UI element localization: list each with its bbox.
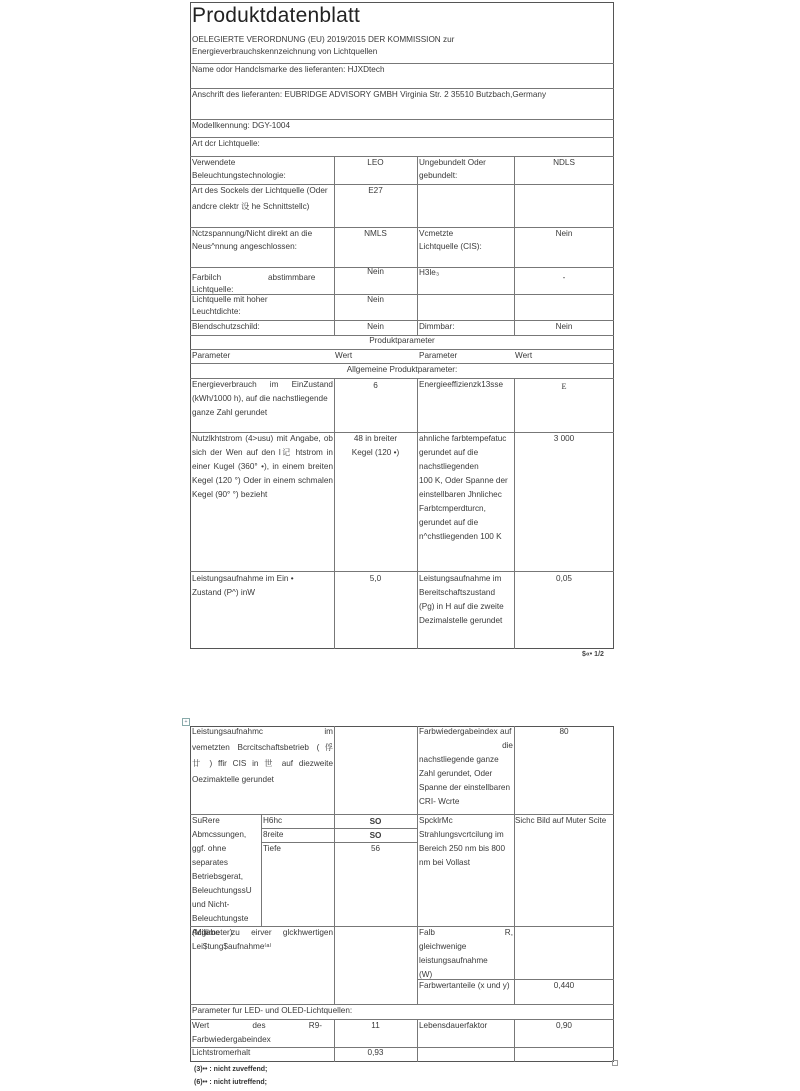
page-title: Produktdatenblatt xyxy=(192,4,360,28)
dimensions-label-line: und Nicht- xyxy=(192,898,229,913)
standby-power-value: 0,05 xyxy=(514,572,614,587)
luminous-flux-value: 48 in breiter xyxy=(334,432,417,447)
page-number: $«• 1/2 xyxy=(582,651,604,658)
networked-standby-label-line: Oezimaktelle gerundet xyxy=(192,773,274,788)
luminous-flux-label-line: Kegel (120 °) Oder in einem schmalen xyxy=(192,474,333,489)
cap-type-value: E27 xyxy=(334,184,417,199)
equivalent-claim-label: Falb R, xyxy=(419,926,513,941)
anti-glare-value: Nein xyxy=(334,320,417,335)
spectral-distribution-label-line: SpcklrMc xyxy=(419,814,453,829)
standby-power-label-line: Dezimalstelle gerundet xyxy=(419,614,502,629)
dimensions-label-line: separates xyxy=(192,856,228,871)
high-luminance-label-cont: Leuchtdichte: xyxy=(192,305,241,320)
networked-standby-label-line: 廿 ) ffir CIS in 世 auf diezweite xyxy=(192,757,333,772)
spectral-distribution-label-line: nm bei Vollast xyxy=(419,856,470,871)
dimensions-label-line: Beleuchtungste xyxy=(192,912,248,927)
networked-standby-label-line: vemetzten Bcrcitschaftsbetrieb (俘 xyxy=(192,741,333,756)
on-mode-power-value: 5,0 xyxy=(334,572,417,587)
survival-factor-label: Lebensdauerfaktor xyxy=(419,1019,487,1034)
luminous-flux-value-2: Kegel (120 •) xyxy=(334,446,417,461)
footnote-1: (3)•• : nicht zuveffend; xyxy=(194,1066,267,1073)
high-luminance-value: Nein xyxy=(334,293,417,308)
dimension-depth-value: 56 xyxy=(334,842,417,857)
light-source-type-label: Art dcr Lichtquelle: xyxy=(192,137,260,152)
on-mode-power-label-2: Zustand (P^) inW xyxy=(192,586,255,601)
standby-power-label-line: (Pg) in H auf die zweite xyxy=(419,600,504,615)
color-temperature-label-line: nachstliegenden xyxy=(419,460,479,475)
dimensions-label-line: SuRere xyxy=(192,814,220,829)
bundled-value: NDLS xyxy=(514,156,614,171)
header-value-1: Wert xyxy=(335,349,352,364)
mains-voltage-value: NMLS xyxy=(334,227,417,242)
color-temperature-label-line: 100 K, Oder Spanne der xyxy=(419,474,508,489)
cri-value: 80 xyxy=(514,725,614,740)
spectral-distribution-label-line: Bereich 250 nm bis 800 xyxy=(419,842,505,857)
lumen-maintenance-value: 0,93 xyxy=(334,1046,417,1061)
chromaticity-value: 0,440 xyxy=(514,979,614,994)
luminous-flux-label-line: sich der Wen auf den l记 htstrom in xyxy=(192,446,333,461)
connected-light-source-label-cont: Lichtquelle (CIS): xyxy=(419,240,482,255)
dimensions-label-line: (Millimeter) xyxy=(192,926,232,941)
standby-power-label-line: Bereitschaftszustand xyxy=(419,586,495,601)
lighting-technology-value: LEO xyxy=(334,156,417,171)
cri-label-line: Farbwiedergabeindex auf xyxy=(419,725,511,740)
dimensions-label-line: BeleuchtungssU xyxy=(192,884,252,899)
footnote-2: (6)•• : nicht iutreffend; xyxy=(194,1079,267,1086)
housing-value: - xyxy=(514,271,614,286)
chromaticity-label: Farbwertanteile (x und y) xyxy=(419,979,510,994)
dimensions-label-line: ggf. ohne xyxy=(192,842,226,857)
dimmable-label: Dimmbar: xyxy=(419,320,454,335)
cri-label-line: Spanne der einstellbaren xyxy=(419,781,510,796)
header-parameter-1: Parameter xyxy=(192,349,230,364)
color-temperature-label-line: n^chstliegenden 100 K xyxy=(419,530,502,545)
equivalent-claim-label-2: gleichwenige xyxy=(419,940,466,955)
color-tunable-label-b: abstimmbare xyxy=(268,271,315,286)
section-product-parameters: Produktparameter xyxy=(190,334,614,349)
dimension-height-label: H6hc xyxy=(263,814,282,829)
color-temperature-label-line: Farbtcmperdturcn, xyxy=(419,502,486,517)
luminous-flux-label-line: Nutzlkhtstrom (4>usu) mit Angabe, ob xyxy=(192,432,333,447)
cri-label-line: nachstliegende ganze xyxy=(419,753,499,768)
dimensions-label-line: Betriebsgerat, xyxy=(192,870,243,885)
section-led-parameters: Parameter fur LED- und OLED-Lichtquellen… xyxy=(192,1004,352,1019)
color-tunable-value: Nein xyxy=(334,265,417,280)
energy-consumption-label-3: ganze Zahl gerundet xyxy=(192,406,267,421)
table-move-handle-icon[interactable]: + xyxy=(182,718,190,726)
color-temperature-value: 3 000 xyxy=(514,432,614,447)
equivalent-claim-label-3: leistungsaufnahme xyxy=(419,954,488,969)
color-temperature-label-line: einstellbaren Jhnlichec xyxy=(419,488,502,503)
dimension-depth-label: Tiefe xyxy=(263,842,281,857)
supplier-address: Anschrift des lieferanten: EUBRIDGE ADVI… xyxy=(192,88,546,103)
r9-label: Wert des R9- xyxy=(192,1019,322,1034)
mains-voltage-label-cont: Neus^nnung angeschlossen: xyxy=(192,240,297,255)
supplier-name: Name odor Handclsmarke des lieferanten: … xyxy=(192,63,385,78)
model-identifier: Modellkennung: DGY-1004 xyxy=(192,119,290,134)
lighting-technology-label-cont: Beleuchtungstechnologie: xyxy=(192,169,286,184)
spectral-distribution-label-line: Strahlungsvcrtcilung im xyxy=(419,828,504,843)
connected-light-source-value: Nein xyxy=(514,227,614,242)
cap-type-label-cont: andcre clektr 设 he Schnittstellc) xyxy=(192,200,309,215)
dimension-width-label: 8reite xyxy=(263,828,283,843)
cap-type-label: Art des Sockels der Lichtquelle (Oder xyxy=(192,184,328,199)
color-temperature-label-line: gerundet auf die xyxy=(419,516,478,531)
energy-consumption-value: 6 xyxy=(334,379,417,394)
section-general-parameters: Allgemeine Produktparameter: xyxy=(190,363,614,378)
dimension-height-value: SO xyxy=(334,815,417,830)
spectral-distribution-value: Sichc Bild auf Muter Scite xyxy=(515,814,606,829)
energy-class-value: E xyxy=(514,380,614,395)
r9-value: 11 xyxy=(334,1019,417,1034)
header-parameter-2: Parameter xyxy=(419,349,457,364)
energy-class-label: Energieeffizienzk13sse xyxy=(419,378,503,393)
table-resize-handle-icon[interactable] xyxy=(612,1060,618,1066)
bundled-label-cont: gebundelt: xyxy=(419,169,457,184)
anti-glare-label: Blendschutzschild: xyxy=(192,320,260,335)
header-value-2: Wert xyxy=(515,349,532,364)
on-mode-power-label: Leistungsaufnahme im Ein • xyxy=(192,572,294,587)
regulation-text-line2: Energieverbrauchskennzeichnung von Licht… xyxy=(192,45,377,60)
equivalent-power-label-2: Lei$tung$aufnahme⁽ᵃ⁾ xyxy=(192,940,271,955)
cri-label-line: die xyxy=(419,739,513,754)
dimmable-value: Nein xyxy=(514,320,614,335)
color-temperature-label-line: ahnliche farbtempefatuc xyxy=(419,432,506,447)
color-temperature-label-line: gerundet auf die xyxy=(419,446,478,461)
housing-label: H3le₃ xyxy=(419,266,439,281)
cri-label-line: CRI- Wcrte xyxy=(419,795,459,810)
luminous-flux-label-line: Kegel (90° °) bezieht xyxy=(192,488,267,503)
cri-label-line: Zahl gerundet, Oder xyxy=(419,767,492,782)
lumen-maintenance-label: Lichtstromerhalt xyxy=(192,1046,250,1061)
energy-consumption-label: Energieverbrauch im EinZustand xyxy=(192,378,333,393)
survival-factor-value: 0,90 xyxy=(514,1019,614,1034)
dimensions-label-line: Abmcssungen, xyxy=(192,828,246,843)
energy-consumption-label-2: (kWh/1000 h), auf die nachstliegende xyxy=(192,392,328,407)
luminous-flux-label-line: einer Kugel (360° •), in einem breiten xyxy=(192,460,333,475)
standby-power-label-line: Leistungsaufnahme im xyxy=(419,572,501,587)
networked-standby-label-line: Leistungsaufnahmc im xyxy=(192,725,333,740)
